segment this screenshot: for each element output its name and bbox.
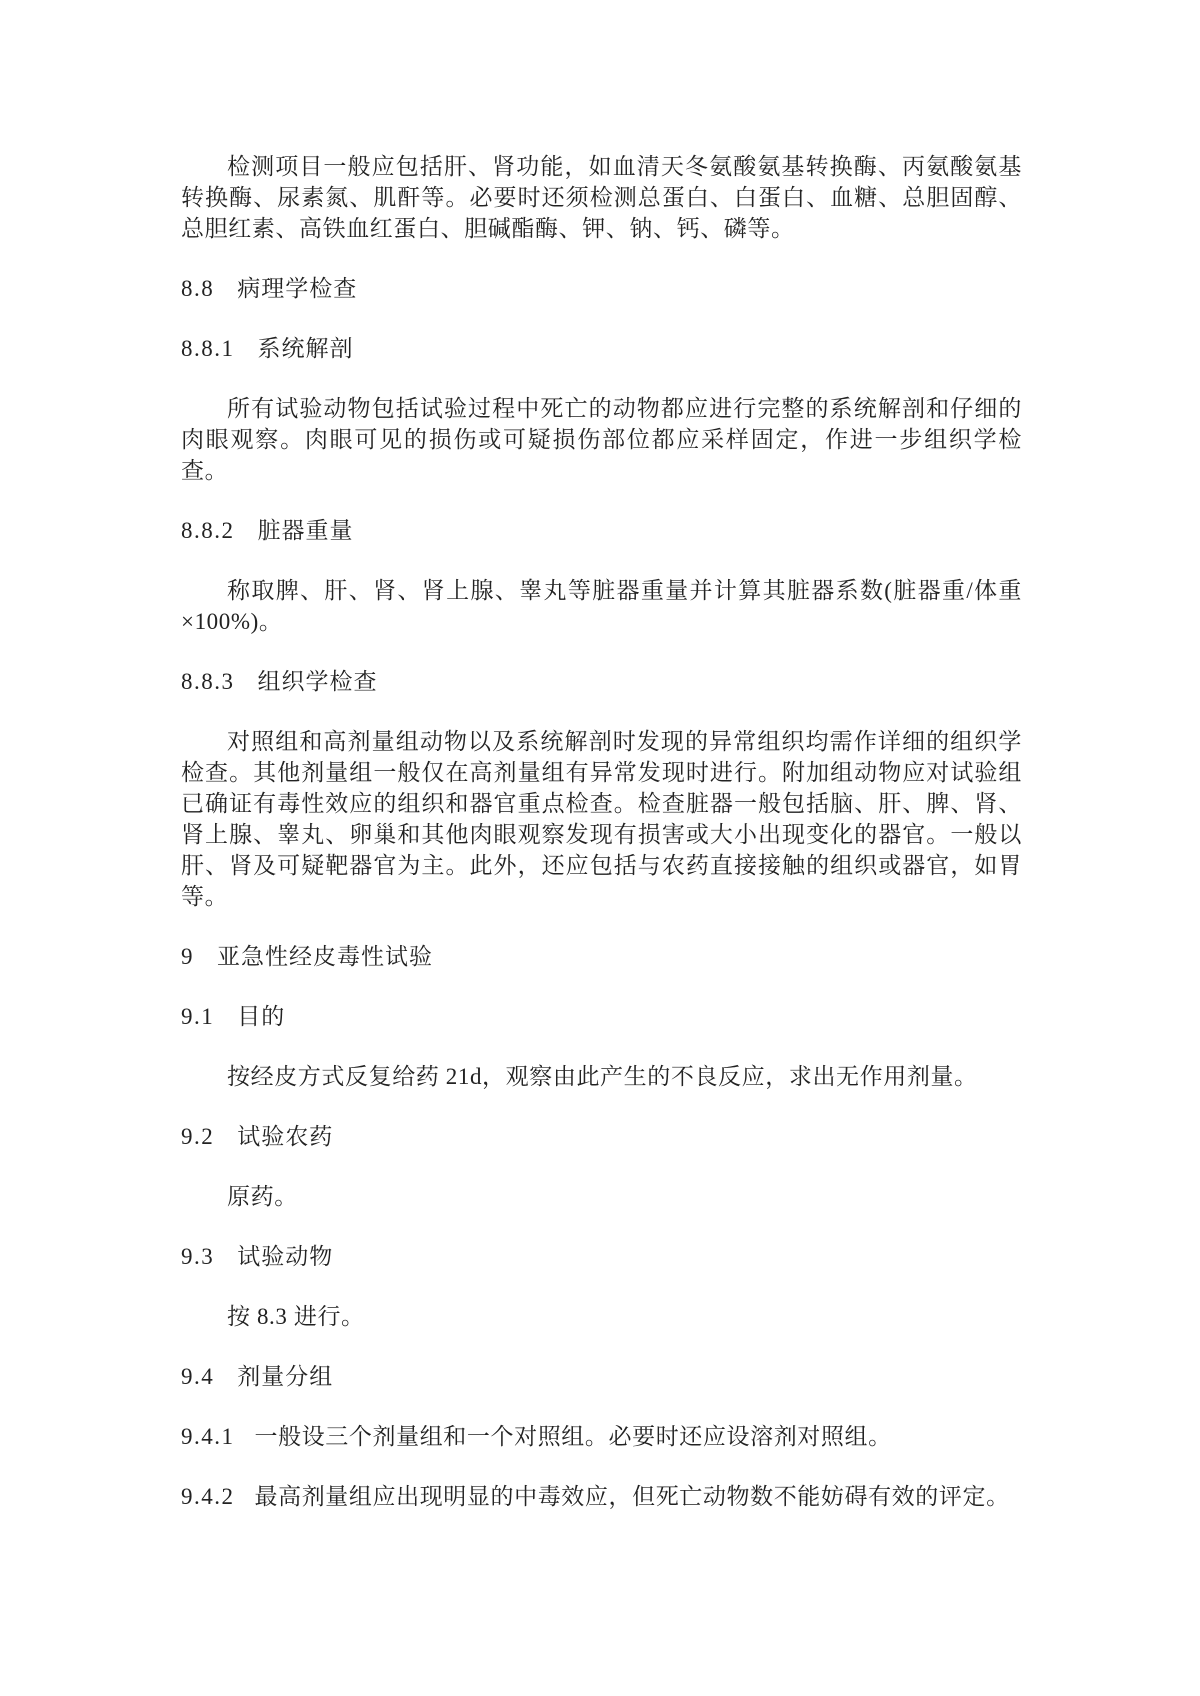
paragraph-purpose-21d-dermal: 按经皮方式反复给药 21d，观察由此产生的不良反应，求出无作用剂量。 (181, 1061, 1022, 1092)
section-number: 9.1 (181, 1001, 214, 1032)
clause-text: 最高剂量组应出现明显的中毒效应，但死亡动物数不能妨碍有效的评定。 (255, 1484, 1010, 1509)
section-number: 9.4 (181, 1361, 214, 1392)
clause-number: 9.4.1 (181, 1421, 235, 1452)
section-title: 剂量分组 (237, 1364, 333, 1389)
section-title: 系统解剖 (258, 336, 354, 361)
heading-9-2-test-pesticide: 9.2试验农药 (181, 1121, 1022, 1152)
heading-9-4-dose-groups: 9.4剂量分组 (181, 1361, 1022, 1392)
section-title: 脏器重量 (258, 518, 354, 543)
heading-8-8-2-organ-weight: 8.8.2脏器重量 (181, 515, 1022, 546)
clause-text: 一般设三个剂量组和一个对照组。必要时还应设溶剂对照组。 (255, 1424, 892, 1449)
section-number: 8.8.3 (181, 666, 235, 697)
paragraph-clinical-chemistry-items: 检测项目一般应包括肝、肾功能，如血清天冬氨酸氨基转换酶、丙氨酸氨基转换酶、尿素氮… (181, 151, 1022, 244)
paragraph-per-8-3: 按 8.3 进行。 (181, 1301, 1022, 1332)
paragraph-technical-material: 原药。 (181, 1181, 1022, 1212)
clause-9-4-2-highest-dose: 9.4.2最高剂量组应出现明显的中毒效应，但死亡动物数不能妨碍有效的评定。 (181, 1481, 1022, 1512)
section-title: 病理学检查 (237, 276, 357, 301)
section-title: 组织学检查 (258, 669, 378, 694)
heading-9-3-test-animals: 9.3试验动物 (181, 1241, 1022, 1272)
heading-9-subacute-dermal-toxicity-test: 9亚急性经皮毒性试验 (181, 941, 1022, 972)
section-number: 8.8 (181, 273, 214, 304)
section-title: 亚急性经皮毒性试验 (217, 944, 433, 969)
section-number: 9 (181, 941, 194, 972)
paragraph-histology-scope: 对照组和高剂量组动物以及系统解剖时发现的异常组织均需作详细的组织学检查。其他剂量… (181, 726, 1022, 912)
section-number: 9.3 (181, 1241, 214, 1272)
section-title: 试验农药 (237, 1124, 333, 1149)
section-number: 8.8.2 (181, 515, 235, 546)
heading-8-8-1-systematic-necropsy: 8.8.1系统解剖 (181, 333, 1022, 364)
heading-9-1-purpose: 9.1目的 (181, 1001, 1022, 1032)
section-number: 9.2 (181, 1121, 214, 1152)
paragraph-organ-weight-coefficient: 称取脾、肝、肾、肾上腺、睾丸等脏器重量并计算其脏器系数(脏器重/体重×100%)… (181, 575, 1022, 637)
section-title: 目的 (237, 1004, 285, 1029)
section-title: 试验动物 (237, 1244, 333, 1269)
paragraph-necropsy-requirements: 所有试验动物包括试验过程中死亡的动物都应进行完整的系统解剖和仔细的肉眼观察。肉眼… (181, 393, 1022, 486)
clause-9-4-1-group-setup: 9.4.1一般设三个剂量组和一个对照组。必要时还应设溶剂对照组。 (181, 1421, 1022, 1452)
heading-8-8-3-histology-examination: 8.8.3组织学检查 (181, 666, 1022, 697)
document-page: 检测项目一般应包括肝、肾功能，如血清天冬氨酸氨基转换酶、丙氨酸氨基转换酶、尿素氮… (0, 0, 1200, 1696)
clause-number: 9.4.2 (181, 1481, 235, 1512)
heading-8-8-pathology-examination: 8.8病理学检查 (181, 273, 1022, 304)
section-number: 8.8.1 (181, 333, 235, 364)
